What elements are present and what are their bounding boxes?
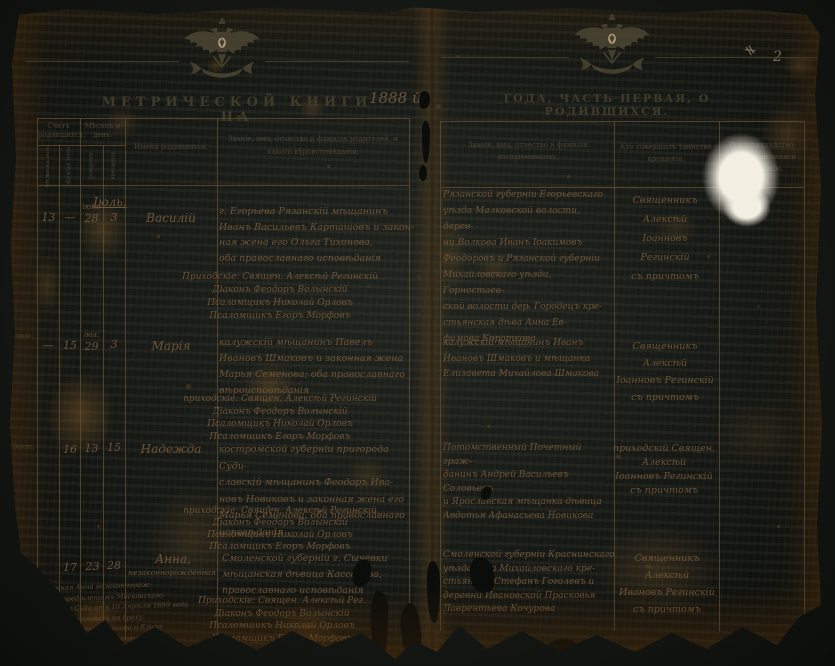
page-number: 2 xyxy=(773,49,782,65)
record-3-name: Надежда xyxy=(127,442,215,456)
header-count-male-label: Мужеска пола. xyxy=(45,143,51,187)
header-count-male: Мужеска пола. xyxy=(37,146,59,184)
record-2-born-day: 29 xyxy=(80,340,103,353)
record-4-name: Анна, xyxy=(129,552,217,566)
table-line xyxy=(804,121,805,631)
header-date-born-label: рожденія. xyxy=(89,150,95,179)
table-line xyxy=(37,118,409,119)
table-line xyxy=(217,118,218,640)
record-2-margin-note: Новое. xyxy=(8,332,40,340)
white-paste-blob xyxy=(723,187,771,227)
header-signatures: Рукоприкладство свидѣтелей записи по жел… xyxy=(721,139,801,175)
record-1-born-month: іюня xyxy=(80,203,103,211)
record-3-godparents: Потомственный Почетный граж- данинъ Андр… xyxy=(443,442,611,523)
photo-background: МЕТРИЧЕСКОЙ КНИГИ НА 1888 й ГОДА, ЧАСТЬ … xyxy=(0,0,835,666)
header-date-born: рожденія. xyxy=(80,146,103,184)
metric-book-spread: МЕТРИЧЕСКОЙ КНИГИ НА 1888 й ГОДА, ЧАСТЬ … xyxy=(7,5,825,663)
record-4-name-note: незаконнорожденная xyxy=(123,568,221,577)
record-4-parents: Смоленской губерніи г. Сычевки мѣщанская… xyxy=(222,551,422,599)
header-rule xyxy=(25,61,179,62)
header-date-baptized: крещенія. xyxy=(103,146,125,184)
record-1-name: Василій xyxy=(127,211,215,225)
record-3-count-female: 16 xyxy=(60,443,80,456)
header-rule xyxy=(441,57,569,58)
record-1-performer: Священникъ Алексѣй Іоанновъ Регинскій съ… xyxy=(615,191,715,286)
left-page-title: МЕТРИЧЕСКОЙ КНИГИ НА xyxy=(97,95,377,125)
header-date-baptized-label: крещенія. xyxy=(111,150,117,179)
damage-hole xyxy=(427,561,440,623)
stain xyxy=(27,245,67,325)
table-line xyxy=(37,185,409,186)
header-count-female: Женска пола. xyxy=(59,146,80,184)
record-4-count-female: 17 xyxy=(60,561,80,574)
damage-hole xyxy=(603,645,625,659)
record-3-margin-note: Удост. xyxy=(8,443,40,451)
record-4-born-day: 23 xyxy=(81,560,104,573)
header-rule xyxy=(655,57,819,58)
imperial-eagle-emblem xyxy=(569,13,655,85)
header-parents: Званіе, имя, отчество и фамилія родителе… xyxy=(223,133,403,159)
damage-hole xyxy=(547,639,577,657)
table-line xyxy=(440,121,441,631)
record-2-count-male: — xyxy=(38,339,59,352)
table-line xyxy=(37,118,38,640)
header-godparents: Званіе, имя, отчество и фамилія воспріем… xyxy=(455,139,601,163)
record-4-baptized-day: 28 xyxy=(103,559,125,572)
header-names: Имена родившихся. xyxy=(127,143,215,152)
stain xyxy=(777,45,822,85)
record-2-name: Марія xyxy=(127,339,215,353)
table-line xyxy=(719,121,720,631)
record-2-baptized-day: 3 xyxy=(103,338,125,351)
right-page-title: ГОДА, ЧАСТЬ ПЕРВАЯ, О РОДИВШИХСЯ. xyxy=(452,92,762,118)
foxing-specks xyxy=(157,235,160,238)
record-2-performer: Священникъ Алексѣй Іоанновъ Регинскій съ… xyxy=(615,338,715,406)
record-3-performer: приходскій Священ. Алексѣй Іоанновъ Реги… xyxy=(609,442,719,498)
record-2-born-month: іюл. xyxy=(80,331,103,339)
record-2-parents: калужскій мѣщанинъ Павелъ Ивановъ Шмаков… xyxy=(219,335,419,399)
record-1-godparents: Рязанской губерніи Егорьевскаго уѣзда Ма… xyxy=(443,187,611,347)
record-2-count-female: 15 xyxy=(60,339,80,352)
header-count-female-label: Женска пола. xyxy=(67,145,73,185)
record-2-godparents: калужскій мѣщанинъ Иванъ Ивановъ Шмаковъ… xyxy=(443,336,611,383)
imperial-eagle-emblem xyxy=(179,17,265,89)
damage-hole xyxy=(422,121,430,163)
record-4-godparents: Смоленской губерніи Краснинскаго уѣзда с… xyxy=(443,549,615,617)
table-line xyxy=(440,121,804,122)
header-performer: Кто совершалъ таинство крещенія. xyxy=(619,141,713,165)
record-1-born-day: 28 xyxy=(80,212,103,225)
record-1-baptized-day: 3 xyxy=(103,211,125,224)
record-4-performer: Священникъ Алексѣй Ивановъ Регинскій съ … xyxy=(615,550,719,618)
header-count-group: Счетъ родившихся. xyxy=(38,122,79,140)
record-3-clergy: приходскіе: Священ. Алексѣй Регинскій Ді… xyxy=(145,505,415,553)
record-1-clergy: Приходскіе: Священ. Алексѣй Регинскій Ді… xyxy=(145,271,415,323)
record-3-baptized-day: 15 xyxy=(103,441,125,454)
record-2-clergy: приходскіе: Священ. Алексѣй Регинскій Ді… xyxy=(145,393,415,443)
handwritten-year: 1888 й xyxy=(369,89,422,107)
binding-line xyxy=(431,90,432,645)
record-3-born-day: 13 xyxy=(80,442,103,455)
record-1-count-female: — xyxy=(60,211,80,224)
record-1-parents: г. Егорьева Рязанскій мѣщанинъ Иванъ Вас… xyxy=(219,204,419,266)
header-date-group: Мѣсяцъ и день. xyxy=(81,122,124,140)
record-1-count-male: 13 xyxy=(38,211,59,224)
header-rule xyxy=(265,61,409,62)
damage-hole xyxy=(419,165,427,181)
record-4-legitimization-note: Означенная Анна незаконнорож- денная опр… xyxy=(30,578,201,666)
